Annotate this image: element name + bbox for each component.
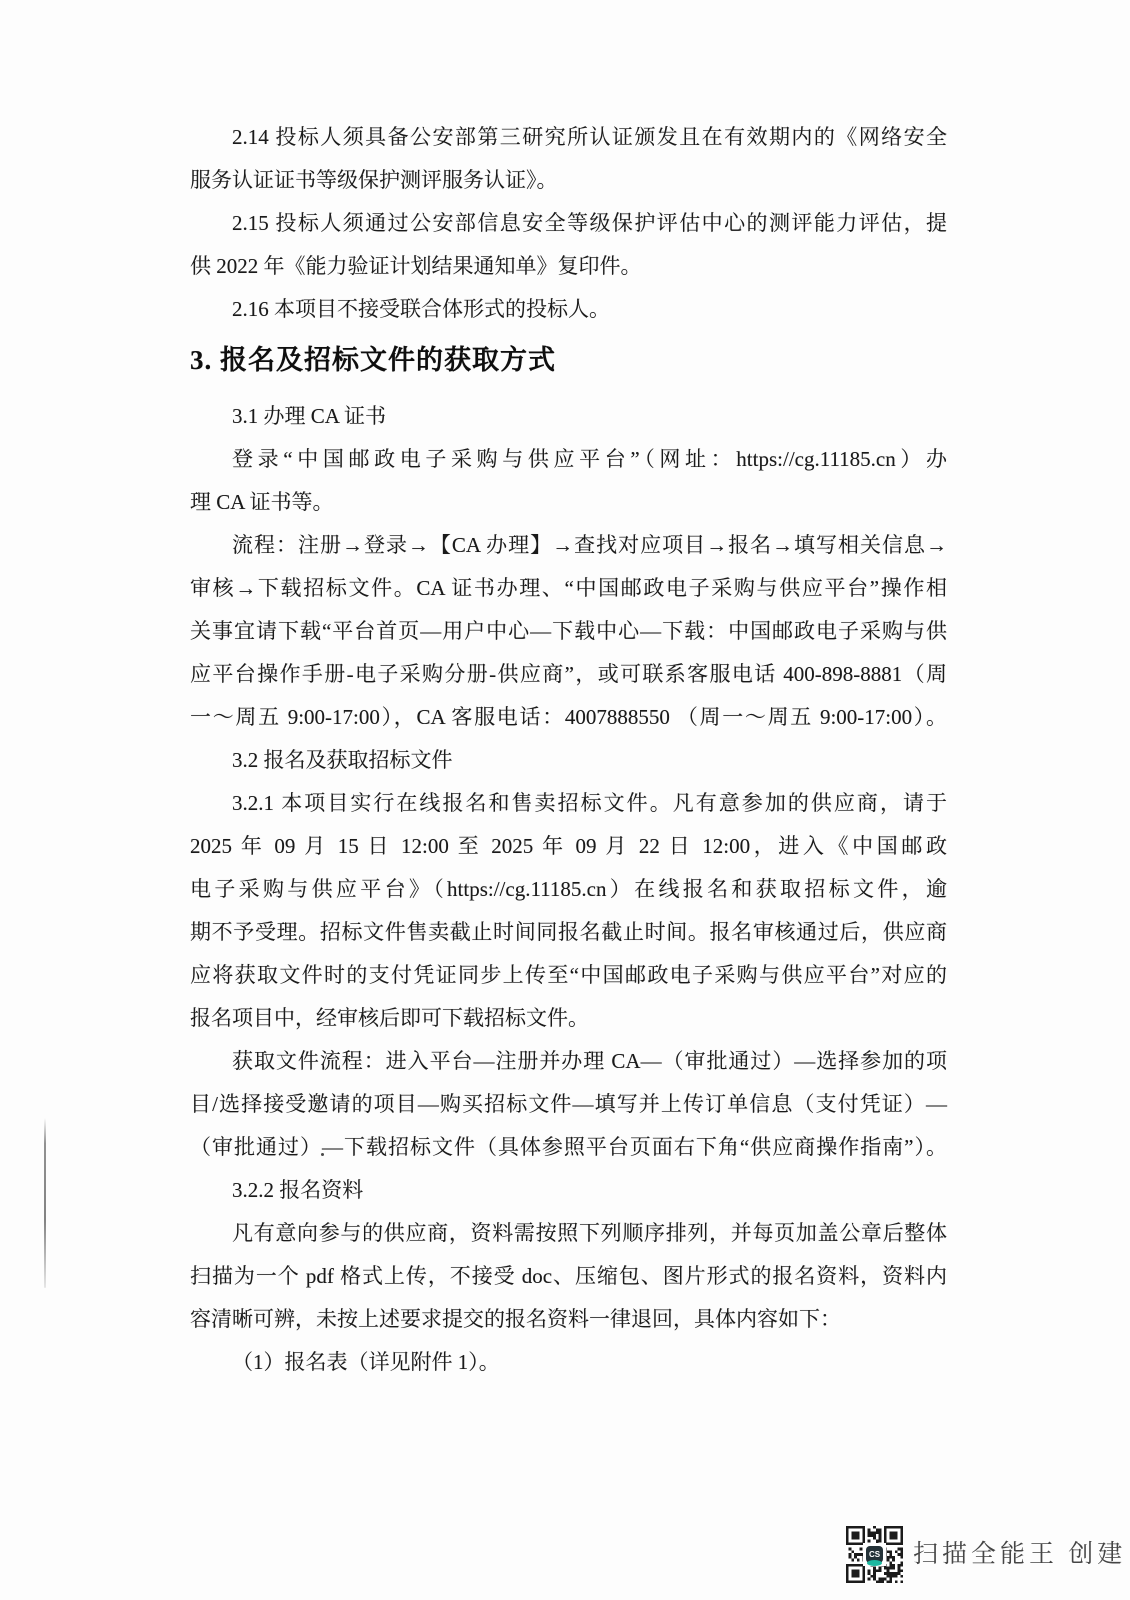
materials-paragraph: 凡有意向参与的供应商，资料需按照下列顺序排列，并每页加盖公章后整体 扫描为一个 … (190, 1212, 947, 1341)
scan-artifact-line (44, 1118, 46, 1288)
login-paragraph: 登录“中国邮政电子采购与供应平台”（网址：https://cg.11185.cn… (190, 438, 947, 524)
clause-3-1-line: 3.1 办理 CA 证书 (190, 395, 947, 438)
clause-2-15-line: 2.15 投标人须通过公安部信息安全等级保护评估中心的测评能力评估，提 (190, 202, 947, 245)
clause-2-14: 2.14 投标人须具备公安部第三研究所认证颁发且在有效期内的《网络安全 服务认证… (190, 116, 947, 202)
clause-3-2: 3.2 报名及获取招标文件 (190, 739, 947, 782)
login-paragraph-line: 理 CA 证书等。 (190, 481, 947, 524)
file-acquisition-line: （审批通过）—下载招标文件（具体参照平台页面右下角“供应商操作指南”）。 (190, 1126, 947, 1169)
document-body: 2.14 投标人须具备公安部第三研究所认证颁发且在有效期内的《网络安全 服务认证… (190, 116, 947, 1384)
clause-2-15: 2.15 投标人须通过公安部信息安全等级保护评估中心的测评能力评估，提 供 20… (190, 202, 947, 288)
clause-3-2-1-line: 应将获取文件时的支付凭证同步上传至“中国邮政电子采购与供应平台”对应的 (190, 954, 947, 997)
clause-2-15-line: 供 2022 年《能力验证计划结果通知单》复印件。 (190, 245, 947, 288)
file-acquisition-line: 目/选择接受邀请的项目—购买招标文件—填写并上传订单信息（支付凭证）— (190, 1083, 947, 1126)
clause-3-2-line: 3.2 报名及获取招标文件 (190, 739, 947, 782)
clause-3-2-1-line: 期不予受理。招标文件售卖截止时间同报名截止时间。报名审核通过后，供应商 (190, 911, 947, 954)
clause-2-16: 2.16 本项目不接受联合体形式的投标人。 (190, 288, 947, 331)
camscanner-logo: CS (866, 1546, 883, 1563)
clause-3-2-1-line: 2025 年 09 月 15 日 12:00 至 2025 年 09 月 22 … (190, 825, 947, 868)
clause-3-2-1-line: 3.2.1 本项目实行在线报名和售卖招标文件。凡有意参加的供应商，请于 (190, 782, 947, 825)
file-acquisition-line: 获取文件流程：进入平台—注册并办理 CA—（审批通过）—选择参加的项 (190, 1040, 947, 1083)
login-paragraph-line: 登录“中国邮政电子采购与供应平台”（网址：https://cg.11185.cn… (190, 438, 947, 481)
scanned-document-page: 2.14 投标人须具备公安部第三研究所认证颁发且在有效期内的《网络安全 服务认证… (0, 0, 1130, 1600)
clause-3-2-1-line: 报名项目中，经审核后即可下载招标文件。 (190, 997, 947, 1040)
scan-speck (321, 1153, 324, 1156)
ca-process-paragraph: 流程：注册→登录→【CA 办理】→查找对应项目→报名→填写相关信息→ 审核→下载… (190, 524, 947, 739)
clause-2-14-line: 2.14 投标人须具备公安部第三研究所认证颁发且在有效期内的《网络安全 (190, 116, 947, 159)
ca-process-line: 应平台操作手册-电子采购分册-供应商”，或可联系客服电话 400-898-888… (190, 653, 947, 696)
qr-logo-backing: CS (863, 1543, 886, 1566)
ca-process-line: 关事宜请下载“平台首页—用户中心—下载中心—下载：中国邮政电子采购与供 (190, 610, 947, 653)
materials-line: 扫描为一个 pdf 格式上传，不接受 doc、压缩包、图片形式的报名资料，资料内 (190, 1255, 947, 1298)
clause-3-2-1: 3.2.1 本项目实行在线报名和售卖招标文件。凡有意参加的供应商，请于 2025… (190, 782, 947, 1040)
clause-3-2-2-line: 3.2.2 报名资料 (190, 1169, 947, 1212)
scan-speck (400, 883, 403, 886)
ca-process-line: 一～周五 9:00-17:00），CA 客服电话：4007888550 （周一～… (190, 696, 947, 739)
camscanner-watermark: CS 扫描全能王 创建 (846, 1526, 1126, 1583)
item-1-line: （1）报名表（详见附件 1）。 (190, 1341, 947, 1384)
qr-code: CS (846, 1526, 903, 1583)
materials-line: 容清晰可辨，未按上述要求提交的报名资料一律退回，具体内容如下： (190, 1298, 947, 1341)
section-3-heading: 3. 报名及招标文件的获取方式 (190, 337, 947, 383)
clause-3-1: 3.1 办理 CA 证书 (190, 395, 947, 438)
clause-2-14-line: 服务认证证书等级保护测评服务认证》。 (190, 159, 947, 202)
camscanner-logo-letters: CS (869, 1550, 880, 1559)
ca-process-line: 流程：注册→登录→【CA 办理】→查找对应项目→报名→填写相关信息→ (190, 524, 947, 567)
item-1-paragraph: （1）报名表（详见附件 1）。 (190, 1341, 947, 1384)
ca-process-line: 审核→下载招标文件。CA 证书办理、“中国邮政电子采购与供应平台”操作相 (190, 567, 947, 610)
clause-2-16-line: 2.16 本项目不接受联合体形式的投标人。 (190, 288, 947, 331)
camscanner-logo-swoosh (867, 1560, 882, 1566)
clause-3-2-2: 3.2.2 报名资料 (190, 1169, 947, 1212)
materials-line: 凡有意向参与的供应商，资料需按照下列顺序排列，并每页加盖公章后整体 (190, 1212, 947, 1255)
watermark-text: 扫描全能王 创建 (913, 1526, 1126, 1583)
file-acquisition-paragraph: 获取文件流程：进入平台—注册并办理 CA—（审批通过）—选择参加的项 目/选择接… (190, 1040, 947, 1169)
clause-3-2-1-line: 电子采购与供应平台》（https://cg.11185.cn）在线报名和获取招标… (190, 868, 947, 911)
